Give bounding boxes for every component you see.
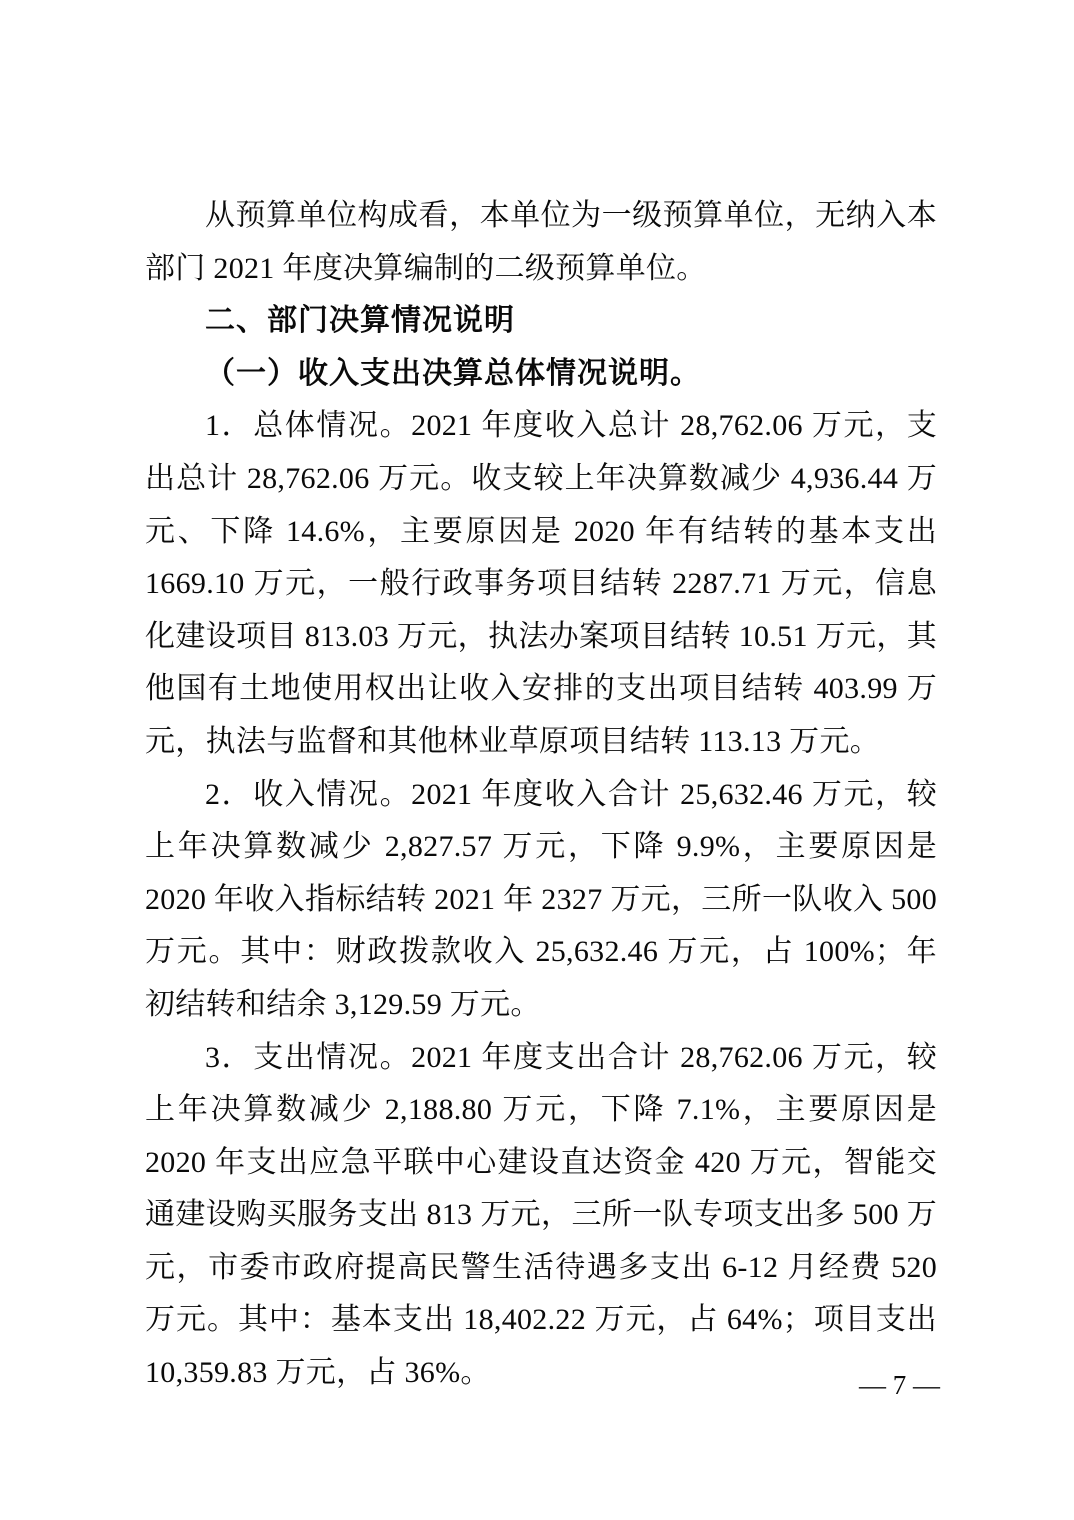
paragraph-expenditure-situation: 3．支出情况。2021 年度支出合计 28,762.06 万元，较上年决算数减少… [145, 1032, 937, 1400]
section-heading-final-accounts-explanation: 二、部门决算情况说明 [145, 295, 937, 348]
page-number: — 7 — [859, 1368, 940, 1402]
paragraph-budget-unit-composition: 从预算单位构成看，本单位为一级预算单位，无纳入本部门 2021 年度决算编制的二… [145, 190, 937, 295]
paragraph-overall-situation: 1．总体情况。2021 年度收入总计 28,762.06 万元，支出总计 28,… [145, 400, 937, 768]
document-page: 从预算单位构成看，本单位为一级预算单位，无纳入本部门 2021 年度决算编制的二… [0, 0, 1074, 1520]
paragraph-income-situation: 2．收入情况。2021 年度收入合计 25,632.46 万元，较上年决算数减少… [145, 769, 937, 1032]
subsection-heading-income-expenditure-overview: （一）收入支出决算总体情况说明。 [145, 348, 937, 401]
document-body: 从预算单位构成看，本单位为一级预算单位，无纳入本部门 2021 年度决算编制的二… [145, 190, 937, 1400]
